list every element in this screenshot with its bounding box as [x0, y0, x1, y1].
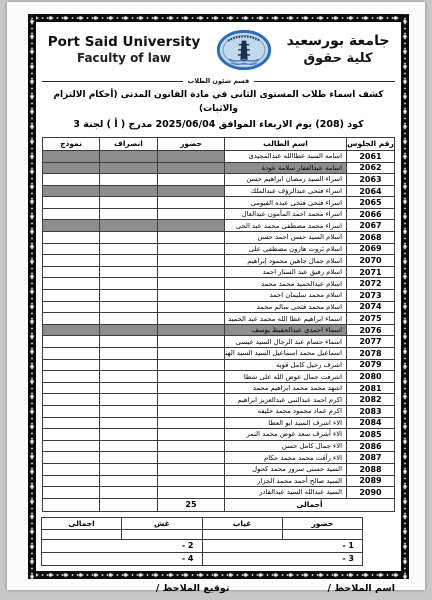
cell-name: اشهد محمد محمد ابراهيم محمد — [225, 382, 347, 394]
cell-attend — [158, 220, 225, 232]
cell-attend — [158, 348, 225, 360]
cell-leave — [100, 405, 158, 417]
summary-note-row: 1 -2 - — [42, 539, 363, 552]
frame-content: جامعة بورسعيد كلية حقوق Port Said Univer… — [36, 22, 401, 571]
cell-leave — [100, 278, 158, 290]
cell-name: اسماء حسام عبد الرجال السيد عيسى — [225, 336, 347, 348]
table-row: 2069اسلام ثروت هارون مصطفى على — [43, 243, 395, 255]
cell-form — [43, 232, 100, 244]
department-divider: قسم شئون الطلاب — [42, 76, 395, 86]
cell-leave — [100, 487, 158, 499]
cell-name: اكرم احمد عبدالنبى عبدالعزيز ابراهيم — [225, 394, 347, 406]
cell-form — [43, 174, 100, 186]
table-row: 2064اسراء فتحى عبدالرؤف عبدالملك — [43, 185, 395, 197]
cell-form — [43, 336, 100, 348]
cell-leave — [100, 417, 158, 429]
department-label: قسم شئون الطلاب — [183, 77, 255, 85]
table-row: 2068اسلام السيد حسن احمد حسن — [43, 232, 395, 244]
cell-attend — [158, 324, 225, 336]
table-row: 2082اكرم احمد عبدالنبى عبدالعزيز ابراهيم — [43, 394, 395, 406]
cell-leave — [100, 336, 158, 348]
cell-name: اسراء محمد مصطفى محمد عبد الحى — [225, 220, 347, 232]
cell-form — [43, 220, 100, 232]
cell-form — [43, 162, 100, 174]
col-header-departure: انصراف — [100, 137, 158, 150]
cell-leave — [100, 220, 158, 232]
cell-seat: 2071 — [347, 266, 395, 278]
cell-form — [43, 255, 100, 267]
cell-seat: 2083 — [347, 405, 395, 417]
table-row: 2083اكرم عماد محمود محمد خليفه — [43, 405, 395, 417]
cell-leave — [100, 197, 158, 209]
cell-attend — [158, 394, 225, 406]
cell-seat: 2073 — [347, 290, 395, 302]
table-row: 2079اشرف رحيل كامل قويه — [43, 359, 395, 371]
attendance-table: رقم الجلوس اسم الطالب حضور انصراف نموذج … — [42, 137, 395, 512]
frame-border-bottom — [28, 571, 409, 579]
university-name-ar-line: جامعة بورسعيد — [283, 33, 393, 51]
faculty-name-en-line: Faculty of law — [44, 51, 204, 65]
total-label-cell: أجمالى — [225, 498, 395, 511]
cell-form — [43, 405, 100, 417]
cell-name: اسلام محمد سليمان احمد — [225, 290, 347, 302]
cell-seat: 2090 — [347, 487, 395, 499]
cell-seat: 2087 — [347, 452, 395, 464]
cell-name: السيد صالح أحمد محمد الجزار — [225, 475, 347, 487]
cell-attend — [158, 463, 225, 475]
cell-form — [43, 266, 100, 278]
cell-form — [43, 417, 100, 429]
cell-form — [43, 278, 100, 290]
cell-name: اسلام السيد حسن احمد حسن — [225, 232, 347, 244]
cell-form — [43, 463, 100, 475]
cell-name: الاء جمال كامل حسن — [225, 440, 347, 452]
summary-table: حضور غياب غش اجمالى 1 -2 -3 -4 - — [41, 517, 363, 566]
table-row: 2074اسلام محمد فتحى سالم محمد — [43, 301, 395, 313]
cell-name: اشرف رحيل كامل قويه — [225, 359, 347, 371]
cell-attend — [158, 197, 225, 209]
cell-seat: 2067 — [347, 220, 395, 232]
cell-seat: 2062 — [347, 162, 395, 174]
table-row: 2089السيد صالح أحمد محمد الجزار — [43, 475, 395, 487]
sheet-title-line2: كود (208) يوم الاربعاء الموافق 2025/06/0… — [40, 117, 397, 133]
cell-attend — [158, 255, 225, 267]
cell-form — [43, 290, 100, 302]
summary-note-row: 3 -4 - — [42, 552, 363, 565]
cell-seat: 2074 — [347, 301, 395, 313]
cell-seat: 2080 — [347, 371, 395, 383]
cell-attend — [158, 266, 225, 278]
summary-col-cheating: غش — [122, 517, 202, 529]
cell-name: الاء اشرف السيد ابو العطا — [225, 417, 347, 429]
attendance-table-header-row: رقم الجلوس اسم الطالب حضور انصراف نموذج — [43, 137, 395, 150]
table-row: 2065اسراء فتحى فتحى عبده الفيومى — [43, 197, 395, 209]
cell-form — [43, 487, 100, 499]
cell-form — [43, 429, 100, 441]
cell-form — [43, 324, 100, 336]
table-row: 2066اسراء محمد احمد المأمون عبدالعال — [43, 208, 395, 220]
cell-seat: 2066 — [347, 208, 395, 220]
table-row: 2075اسماء ابراهيم عطا الله محمد عبد الحم… — [43, 313, 395, 325]
table-row: 2071اسلام رفيق عبد الستار احمد — [43, 266, 395, 278]
cell-leave — [100, 313, 158, 325]
cell-attend — [158, 174, 225, 186]
frame-border-left — [28, 14, 36, 579]
summary-empty-row — [42, 529, 363, 539]
summary-note-cell: 2 - — [42, 539, 203, 552]
table-row: 2085الاء أشرف سعد عوض محمد النمر — [43, 429, 395, 441]
cell-name: اكرم عماد محمود محمد خليفه — [225, 405, 347, 417]
cell-attend — [158, 150, 225, 162]
cell-seat: 2068 — [347, 232, 395, 244]
cell-form — [43, 359, 100, 371]
frame-border-top — [28, 14, 409, 22]
col-header-form: نموذج — [43, 137, 100, 150]
university-name-english: Port Said University Faculty of law — [44, 34, 204, 65]
table-row: 2084الاء اشرف السيد ابو العطا — [43, 417, 395, 429]
cell-name: اسلام جمال جاهين محمود إبراهيم — [225, 255, 347, 267]
cell-seat: 2075 — [347, 313, 395, 325]
cell-leave — [100, 371, 158, 383]
cell-leave — [100, 475, 158, 487]
cell-name: اسلام رفيق عبد الستار احمد — [225, 266, 347, 278]
cell-leave — [100, 463, 158, 475]
cell-form — [43, 301, 100, 313]
summary-cheating-value — [122, 529, 202, 539]
cell-seat: 2089 — [347, 475, 395, 487]
cell-seat: 2085 — [347, 429, 395, 441]
cell-attend — [158, 185, 225, 197]
cell-seat: 2081 — [347, 382, 395, 394]
cell-name: الاء رأفت محمد محمد حكام — [225, 452, 347, 464]
cell-leave — [100, 174, 158, 186]
table-row: 2061اسامه السيد عطاالله عبدالمجيدى — [43, 150, 395, 162]
cell-form — [43, 440, 100, 452]
cell-name: اسراء السيد رمضان ابراهيم حسن — [225, 174, 347, 186]
cell-form — [43, 197, 100, 209]
cell-leave — [100, 185, 158, 197]
total-attendance-cell: 25 — [158, 498, 225, 511]
university-name-en-line: Port Said University — [44, 34, 204, 51]
cell-leave — [100, 359, 158, 371]
summary-total-value — [42, 529, 122, 539]
cell-leave — [100, 452, 158, 464]
cell-attend — [158, 475, 225, 487]
cell-leave — [100, 255, 158, 267]
cell-attend — [158, 405, 225, 417]
cell-leave — [100, 208, 158, 220]
summary-attendance-value — [282, 529, 362, 539]
sheet-title-line1: كشف اسماء طلاب المستوى الثانى في مادة ال… — [40, 88, 397, 117]
cell-leave — [100, 382, 158, 394]
cell-seat: 2086 — [347, 440, 395, 452]
cell-attend — [158, 429, 225, 441]
cell-name: اسلام عبدالحميد محمد محمد — [225, 278, 347, 290]
table-row: 2073اسلام محمد سليمان احمد — [43, 290, 395, 302]
cell-form — [43, 371, 100, 383]
cell-seat: 2079 — [347, 359, 395, 371]
cell-name: اسامه السيد عطاالله عبدالمجيدى — [225, 150, 347, 162]
cell-attend — [158, 417, 225, 429]
cell-seat: 2077 — [347, 336, 395, 348]
summary-absence-value — [202, 529, 282, 539]
cell-name: اسماعيل محمد اسماعيل السيد السيد الهنيدى — [225, 348, 347, 360]
cell-form — [43, 185, 100, 197]
cell-name: اسماء ابراهيم عطا الله محمد عبد الحميد — [225, 313, 347, 325]
cell-attend — [158, 452, 225, 464]
cell-leave — [100, 301, 158, 313]
cell-seat: 2061 — [347, 150, 395, 162]
table-row: 2067اسراء محمد مصطفى محمد عبد الحى — [43, 220, 395, 232]
cell-seat: 2078 — [347, 348, 395, 360]
cell-seat: 2082 — [347, 394, 395, 406]
cell-seat: 2072 — [347, 278, 395, 290]
table-row: 2070اسلام جمال جاهين محمود إبراهيم — [43, 255, 395, 267]
table-row: 2087الاء رأفت محمد محمد حكام — [43, 452, 395, 464]
cell-name: اسراء فتحى فتحى عبده الفيومى — [225, 197, 347, 209]
cell-name: اسماء احمدى عبدالحفيظ يوسف — [225, 324, 347, 336]
cell-attend — [158, 487, 225, 499]
cell-seat: 2070 — [347, 255, 395, 267]
cell-form — [43, 452, 100, 464]
cell-form — [43, 208, 100, 220]
observer-name-label: اسم الملاحظ / — [327, 583, 395, 594]
cell-leave — [100, 150, 158, 162]
student-rows: 2061اسامه السيد عطاالله عبدالمجيدى2062اس… — [43, 150, 395, 498]
cell-attend — [158, 440, 225, 452]
cell-form — [43, 243, 100, 255]
table-row: 2076اسماء احمدى عبدالحفيظ يوسف — [43, 324, 395, 336]
cell-attend — [158, 278, 225, 290]
cell-leave — [100, 324, 158, 336]
ornamental-frame: جامعة بورسعيد كلية حقوق Port Said Univer… — [28, 14, 409, 579]
cell-attend — [158, 336, 225, 348]
cell-leave — [100, 348, 158, 360]
letterhead: جامعة بورسعيد كلية حقوق Port Said Univer… — [40, 24, 397, 76]
cell-seat: 2069 — [347, 243, 395, 255]
table-row: 2078اسماعيل محمد اسماعيل السيد السيد اله… — [43, 348, 395, 360]
cell-attend — [158, 208, 225, 220]
document-page: جامعة بورسعيد كلية حقوق Port Said Univer… — [7, 2, 425, 590]
cell-leave — [100, 440, 158, 452]
cell-leave — [100, 243, 158, 255]
table-row: 2081اشهد محمد محمد ابراهيم محمد — [43, 382, 395, 394]
col-header-seat-number: رقم الجلوس — [347, 137, 395, 150]
cell-name: اشرفت جمال عوض الله على شطا — [225, 371, 347, 383]
table-row: 2063اسراء السيد رمضان ابراهيم حسن — [43, 174, 395, 186]
cell-seat: 2065 — [347, 197, 395, 209]
table-row: 2080اشرفت جمال عوض الله على شطا — [43, 371, 395, 383]
summary-note-rows: 1 -2 -3 -4 - — [42, 539, 363, 565]
summary-col-attendance: حضور — [282, 517, 362, 529]
cell-name: اسراء فتحى عبدالرؤف عبدالملك — [225, 185, 347, 197]
faculty-name-ar-line: كلية حقوق — [283, 51, 393, 67]
cell-form — [43, 475, 100, 487]
cell-name: اسامه عبدالغفار سلامة عودة — [225, 162, 347, 174]
cell-leave — [100, 394, 158, 406]
summary-col-absence: غياب — [202, 517, 282, 529]
cell-name: اسلام ثروت هارون مصطفى على — [225, 243, 347, 255]
cell-seat: 2063 — [347, 174, 395, 186]
cell-attend — [158, 313, 225, 325]
cell-form — [43, 348, 100, 360]
signature-line: اسم الملاحظ / توقيع الملاحظ / — [40, 583, 397, 594]
summary-col-total: اجمالى — [42, 517, 122, 529]
summary-note-cell: 4 - — [42, 552, 203, 565]
cell-leave — [100, 429, 158, 441]
summary-header-row: حضور غياب غش اجمالى — [42, 517, 363, 529]
table-row: 2072اسلام عبدالحميد محمد محمد — [43, 278, 395, 290]
observer-signature-label: توقيع الملاحظ / — [156, 583, 230, 594]
cell-attend — [158, 162, 225, 174]
cell-name: الاء أشرف سعد عوض محمد النمر — [225, 429, 347, 441]
total-departure-cell — [100, 498, 158, 511]
cell-seat: 2088 — [347, 463, 395, 475]
total-row: أجمالى 25 — [43, 498, 395, 511]
cell-form — [43, 150, 100, 162]
table-row: 2062اسامه عبدالغفار سلامة عودة — [43, 162, 395, 174]
cell-attend — [158, 243, 225, 255]
cell-attend — [158, 301, 225, 313]
cell-leave — [100, 266, 158, 278]
cell-form — [43, 394, 100, 406]
frame-border-right — [401, 14, 409, 579]
cell-leave — [100, 162, 158, 174]
cell-attend — [158, 359, 225, 371]
cell-attend — [158, 382, 225, 394]
cell-form — [43, 382, 100, 394]
summary-note-cell: 3 - — [202, 552, 363, 565]
cell-attend — [158, 232, 225, 244]
university-seal-icon — [216, 29, 272, 71]
table-row: 2077اسماء حسام عبد الرجال السيد عيسى — [43, 336, 395, 348]
cell-name: اسراء محمد احمد المأمون عبدالعال — [225, 208, 347, 220]
cell-attend — [158, 290, 225, 302]
cell-attend — [158, 371, 225, 383]
table-row: 2086الاء جمال كامل حسن — [43, 440, 395, 452]
cell-seat: 2076 — [347, 324, 395, 336]
col-header-student-name: اسم الطالب — [225, 137, 347, 150]
total-form-cell — [43, 498, 100, 511]
sheet-titles: كشف اسماء طلاب المستوى الثانى في مادة ال… — [40, 88, 397, 133]
cell-name: السيد عبدالله السيد عبدالقادر — [225, 487, 347, 499]
cell-seat: 2064 — [347, 185, 395, 197]
cell-name: اسلام محمد فتحى سالم محمد — [225, 301, 347, 313]
cell-name: السيد حسنى سرور محمد كحول — [225, 463, 347, 475]
col-header-attendance: حضور — [158, 137, 225, 150]
cell-seat: 2084 — [347, 417, 395, 429]
cell-leave — [100, 290, 158, 302]
table-row: 2088السيد حسنى سرور محمد كحول — [43, 463, 395, 475]
university-name-arabic: جامعة بورسعيد كلية حقوق — [283, 33, 393, 66]
cell-leave — [100, 232, 158, 244]
table-row: 2090السيد عبدالله السيد عبدالقادر — [43, 487, 395, 499]
cell-form — [43, 313, 100, 325]
summary-note-cell: 1 - — [202, 539, 363, 552]
